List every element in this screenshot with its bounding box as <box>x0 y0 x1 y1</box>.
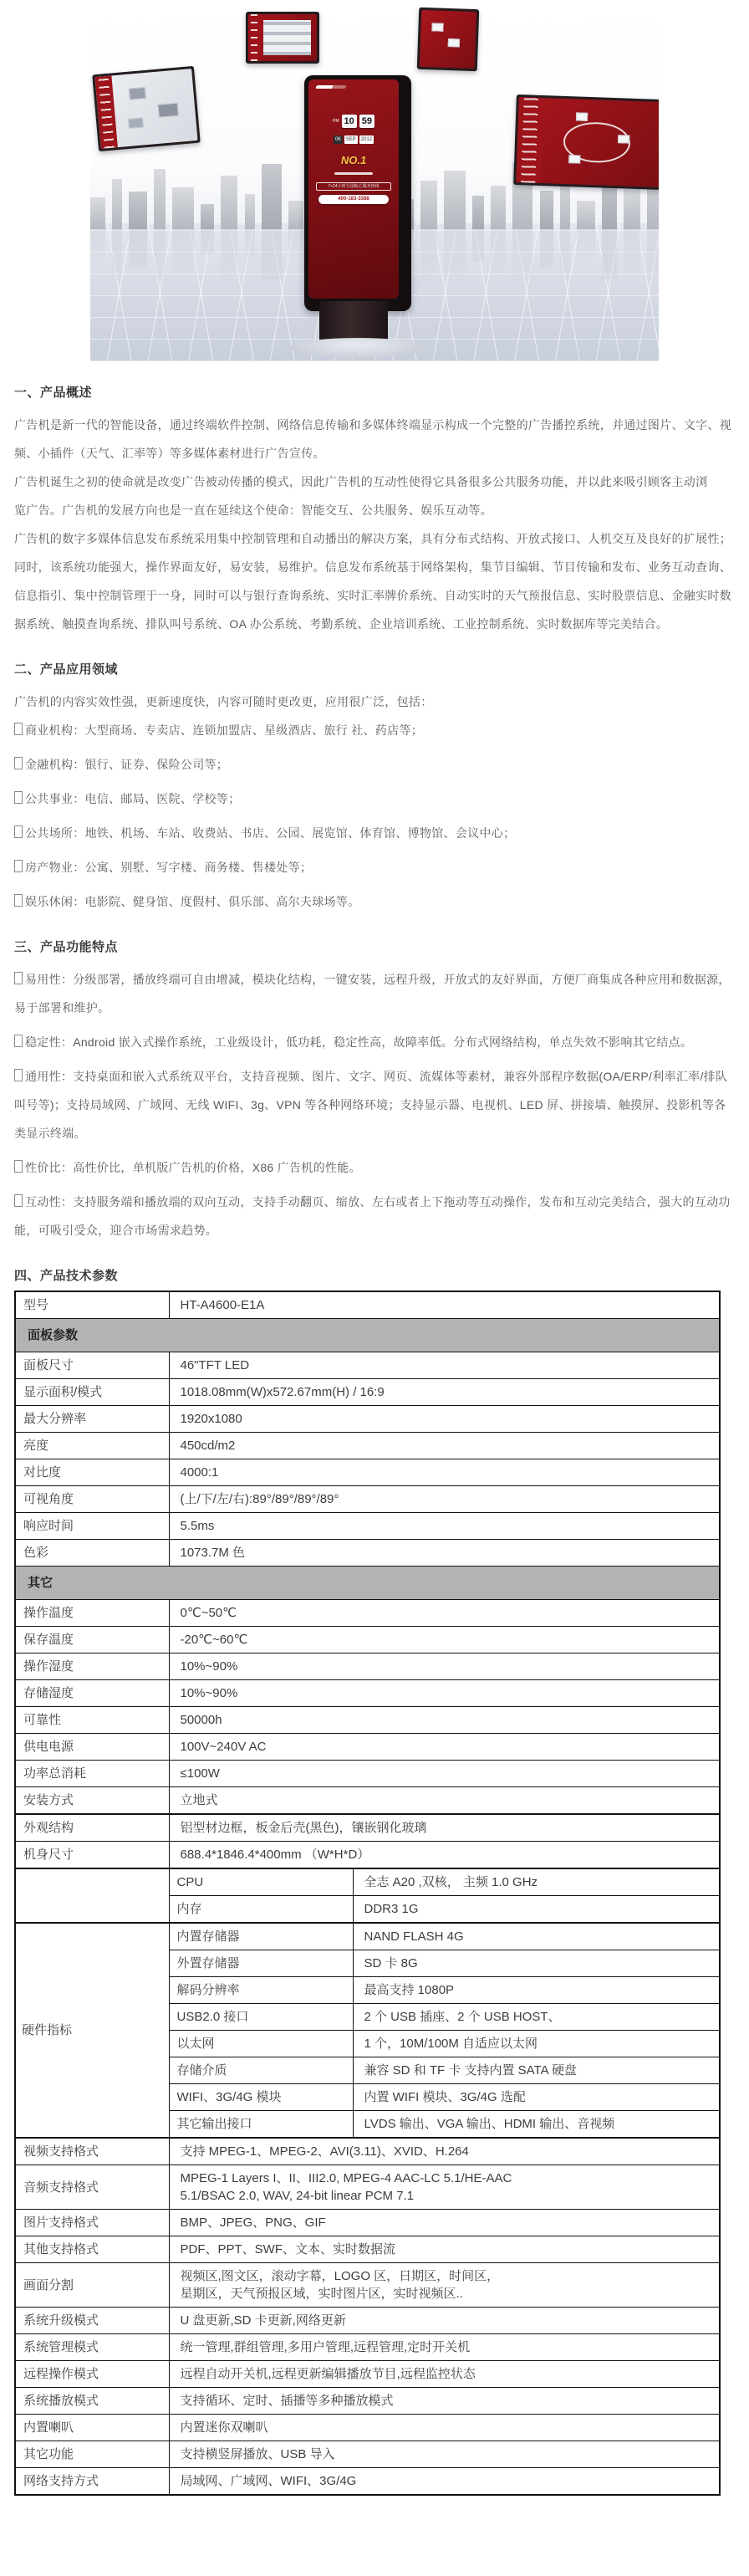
spec-value: 10%~90% <box>169 1680 720 1707</box>
spec-label: 可靠性 <box>15 1707 169 1734</box>
feature-item: 性价比：高性价比，单机版广告机的价格，X86 广告机的性能。 <box>14 1153 735 1182</box>
hero-building <box>221 229 237 279</box>
spec-value: -20℃~60℃ <box>169 1627 720 1653</box>
hero-building <box>624 229 640 269</box>
hero-building <box>221 176 237 229</box>
hero-building <box>577 201 595 229</box>
hero-building <box>288 201 303 229</box>
hero-screen-top-right-content <box>420 10 476 69</box>
missing-glyph-box <box>14 1160 23 1173</box>
hero-building <box>444 229 466 279</box>
applications-intro: 广告机的内容实效性强，更新速度快，内容可随时更改更，应用很广泛，包括： <box>14 687 735 716</box>
spec-label: 图片支持格式 <box>15 2210 169 2236</box>
hero-building <box>624 189 640 229</box>
hero-building <box>577 229 595 258</box>
hero-screen-panel <box>263 20 311 56</box>
spec-value: 100V~240V AC <box>169 1734 720 1761</box>
spec-value: 铝型材边框，板金后壳(黑色)，镶嵌钢化玻璃 <box>169 1814 720 1842</box>
spec-value: 50000h <box>169 1707 720 1734</box>
hero-building <box>472 196 484 229</box>
spec-value: 立地式 <box>169 1787 720 1815</box>
feature-item: 通用性：支持桌面和嵌入式系统双平台，支持音视频、图片、文字、网页、流媒体等素材，… <box>14 1062 735 1147</box>
spec-label: 对比度 <box>15 1459 169 1486</box>
date-year: 2012 <box>359 135 374 144</box>
spec-label: 供电电源 <box>15 1734 169 1761</box>
hero-building <box>201 229 214 254</box>
spec-value: 支持横竖屏播放、USB 导入 <box>169 2441 720 2468</box>
spec-value: 1920x1080 <box>169 1406 720 1433</box>
spec-section-header: 面板参数 <box>15 1319 720 1352</box>
spec-value: ≤100W <box>169 1761 720 1787</box>
hero-building <box>560 229 570 279</box>
clock-ampm-label: PM <box>333 119 339 124</box>
missing-glyph-box <box>14 894 23 907</box>
hero-building <box>112 179 122 229</box>
spec-label: 显示面积/模式 <box>15 1379 169 1406</box>
spec-label: 音频支持格式 <box>15 2165 169 2210</box>
missing-glyph-box <box>14 757 23 769</box>
hero-building <box>154 229 166 279</box>
spec-label: 视频支持格式 <box>15 2138 169 2165</box>
hero-building <box>444 171 466 229</box>
spec-sublabel: 以太网 <box>169 2031 353 2057</box>
spec-value: U 盘更新,SD 卡更新,网络更新 <box>169 2308 720 2334</box>
hero-kiosk-url-line <box>334 172 373 175</box>
missing-glyph-box <box>14 1194 23 1207</box>
hero-screen-chip <box>448 38 460 47</box>
hero-monitor-glyph <box>157 102 178 117</box>
spec-value: 支持 MPEG-1、MPEG-2、AVI(3.11)、XVID、H.264 <box>169 2138 720 2165</box>
date-month: SEP <box>344 135 358 144</box>
spec-sublabel: CPU <box>169 1868 353 1896</box>
hero-building <box>90 197 105 229</box>
feature-item: 互动性：支持服务端和播放端的双向互动，支持手动翻页、缩放、左右或者上下拖动等互动… <box>14 1188 735 1245</box>
hero-building <box>491 229 506 273</box>
overview-paragraph: 览广告。广告机的发展方向也是一直在延续这个使命：智能交互、公共服务、娱乐互动等。 <box>14 496 735 524</box>
spec-value: 0℃~50℃ <box>169 1600 720 1627</box>
spec-value: 内置迷你双喇叭 <box>169 2415 720 2441</box>
feature-item-text: 互动性：支持服务端和播放端的双向互动，支持手动翻页、缩放、左右或者上下拖动等互动… <box>14 1195 731 1237</box>
hero-building <box>472 229 484 263</box>
application-item-text: 公共事业：电信、邮局、医院、学校等； <box>25 792 240 805</box>
spec-subvalue: NAND FLASH 4G <box>353 1923 720 1950</box>
missing-glyph-box <box>14 723 23 735</box>
spec-label: 保存温度 <box>15 1627 169 1653</box>
hero-screen-top-right <box>417 8 480 71</box>
spec-label: 外观结构 <box>15 1814 169 1842</box>
spec-group-label: 硬件指标 <box>15 1923 169 2138</box>
specs-table: 型号HT-A4600-E1A面板参数面板尺寸46"TFT LED显示面积/模式1… <box>14 1291 721 2496</box>
spec-label: 色彩 <box>15 1540 169 1567</box>
section-title-features: 三、产品功能特点 <box>14 938 735 955</box>
spec-value: 46"TFT LED <box>169 1352 720 1379</box>
spec-sublabel: 外置存储器 <box>169 1950 353 1977</box>
spec-subvalue: SD 卡 8G <box>353 1950 720 1977</box>
application-item: 商业机构：大型商场、专卖店、连锁加盟店、星级酒店、旅行 社、药店等； <box>14 716 735 744</box>
spec-value-line: 星期区，天气预报区域，实时图片区，实时视频区.. <box>181 2285 713 2303</box>
hero-kiosk-hotline-number: 400-183-3388 <box>318 195 389 204</box>
spec-label: 系统管理模式 <box>15 2334 169 2361</box>
hero-building <box>491 186 506 229</box>
section-title-overview: 一、产品概述 <box>14 383 735 401</box>
product-detail-page: PM 10 59 06 SEP 2012 NO.1 7×24小时全国贴心服务热线… <box>0 0 749 2576</box>
spec-label: 系统升级模式 <box>15 2308 169 2334</box>
spec-sublabel: 内存 <box>169 1896 353 1924</box>
hero-monitor-glyph <box>129 87 146 100</box>
spec-sublabel: 解码分辨率 <box>169 1977 353 2004</box>
spec-value: HT-A4600-E1A <box>169 1291 720 1319</box>
hero-screen-top-left <box>246 12 319 64</box>
feature-item: 易用性：分级部署，播放终端可自由增减，模块化结构，一键安装，远程升级，开放式的友… <box>14 965 735 1022</box>
hero-building <box>245 194 255 229</box>
clock-hour: 10 <box>342 115 357 128</box>
article-body: 一、产品概述 广告机是新一代的智能设备，通过终端软件控制、网络信息传输和多媒体终… <box>14 383 735 2496</box>
spec-label: 亮度 <box>15 1433 169 1459</box>
application-item-text: 商业机构：大型商场、专卖店、连锁加盟店、星级酒店、旅行 社、药店等； <box>25 723 423 737</box>
missing-glyph-box <box>14 1035 23 1047</box>
spec-label: 内置喇叭 <box>15 2415 169 2441</box>
hero-building <box>172 187 194 229</box>
spec-label: 远程操作模式 <box>15 2361 169 2388</box>
spec-sublabel: 存储介质 <box>169 2057 353 2084</box>
hero-kiosk-screen: PM 10 59 06 SEP 2012 NO.1 7×24小时全国贴心服务热线… <box>308 79 399 299</box>
application-item-text: 娱乐休闲：电影院、健身馆、度假村、俱乐部、高尔夫球场等。 <box>25 895 359 908</box>
spec-subvalue: 兼容 SD 和 TF 卡 支持内置 SATA 硬盘 <box>353 2057 720 2084</box>
missing-glyph-box <box>14 791 23 804</box>
spec-subvalue: 最高支持 1080P <box>353 1977 720 2004</box>
hero-screen-right-content <box>516 97 659 187</box>
spec-value: 10%~90% <box>169 1653 720 1680</box>
spec-sublabel: 其它输出接口 <box>169 2111 353 2139</box>
spec-value: BMP、JPEG、PNG、GIF <box>169 2210 720 2236</box>
spec-value-line: MPEG-1 Layers I、II、III2.0, MPEG-4 AAC-LC… <box>181 2170 713 2187</box>
spec-sublabel: WIFI、3G/4G 模块 <box>169 2084 353 2111</box>
hero-building <box>288 229 303 258</box>
hero-building <box>262 229 282 279</box>
spec-value: 远程自动开关机,远程更新编辑播放节目,远程监控状态 <box>169 2361 720 2388</box>
missing-glyph-box <box>14 860 23 872</box>
hero-screen-chip <box>568 155 580 163</box>
spec-value: (上/下/左/右):89°/89°/89°/89° <box>169 1486 720 1513</box>
hero-screen-left <box>92 66 201 151</box>
hero-building <box>420 181 437 229</box>
spec-value: MPEG-1 Layers I、II、III2.0, MPEG-4 AAC-LC… <box>169 2165 720 2210</box>
overview-paragraphs: 广告机是新一代的智能设备，通过终端软件控制、网络信息传输和多媒体终端显示构成一个… <box>14 411 735 638</box>
spec-value: 支持循环、定时、插播等多种播放模式 <box>169 2388 720 2415</box>
hero-building <box>129 192 147 229</box>
spec-label: 型号 <box>15 1291 169 1319</box>
clock-minute: 59 <box>359 115 374 128</box>
hero-screen-strip <box>248 14 260 61</box>
feature-item-text: 性价比：高性价比，单机版广告机的价格，X86 广告机的性能。 <box>25 1161 361 1174</box>
hero-screen-strip <box>94 76 117 149</box>
hero-building <box>201 204 214 229</box>
hero-building <box>245 229 255 264</box>
spec-value: 1018.08mm(W)x572.67mm(H) / 16:9 <box>169 1379 720 1406</box>
missing-glyph-box <box>14 972 23 984</box>
application-item: 房产物业：公寓、别墅、写字楼、商务楼、售楼处等； <box>14 853 735 882</box>
spec-label: 系统播放模式 <box>15 2388 169 2415</box>
spec-subvalue: 内置 WIFI 模块、3G/4G 选配 <box>353 2084 720 2111</box>
hero-building <box>512 229 532 279</box>
hero-building <box>262 164 282 229</box>
application-item: 公共事业：电信、邮局、医院、学校等； <box>14 785 735 813</box>
feature-item-text: 易用性：分级部署，播放终端可自由增减，模块化结构，一键安装，远程升级，开放式的友… <box>14 973 731 1015</box>
spec-label: 机身尺寸 <box>15 1842 169 1869</box>
spec-value: 4000:1 <box>169 1459 720 1486</box>
section-title-applications: 二、产品应用领域 <box>14 660 735 677</box>
feature-item-text: 通用性：支持桌面和嵌入式系统双平台，支持音视频、图片、文字、网页、流媒体等素材，… <box>14 1070 727 1140</box>
spec-label: 面板尺寸 <box>15 1352 169 1379</box>
feature-list: 易用性：分级部署，播放终端可自由增减，模块化结构，一键安装，远程升级，开放式的友… <box>14 965 735 1245</box>
hero-screen-top-left-content <box>248 14 317 61</box>
spec-value: 5.5ms <box>169 1513 720 1540</box>
spec-group-label <box>15 1868 169 1923</box>
hero-building <box>540 191 553 229</box>
spec-label: 操作温度 <box>15 1600 169 1627</box>
spec-section-header: 其它 <box>15 1567 720 1600</box>
spec-value: 450cd/m2 <box>169 1433 720 1459</box>
application-item-text: 房产物业：公寓、别墅、写字楼、商务楼、售楼处等； <box>25 861 312 874</box>
application-item: 金融机构：银行、证券、保险公司等； <box>14 750 735 779</box>
missing-glyph-box <box>14 825 23 838</box>
hero-building <box>172 229 194 271</box>
feature-item-text: 稳定性：Android 嵌入式操作系统，工业级设计，低功耗，稳定性高，故障率低。… <box>25 1035 692 1049</box>
hero-kiosk-rank-text: NO.1 <box>308 154 399 166</box>
hero-building <box>154 169 166 229</box>
overview-paragraph: 广告机的数字多媒体信息发布系统采用集中控制管理和自动播出的解决方案，具有分布式结… <box>14 524 735 638</box>
hero-kiosk-base <box>291 338 425 358</box>
hero-monitor-glyph <box>128 118 144 130</box>
hero-kiosk-logo <box>315 85 347 89</box>
spec-value: 1073.7M 色 <box>169 1540 720 1567</box>
hero-building <box>647 229 659 279</box>
application-list: 商业机构：大型商场、专卖店、连锁加盟店、星级酒店、旅行 社、药店等；金融机构：银… <box>14 716 735 916</box>
feature-item: 稳定性：Android 嵌入式操作系统，工业级设计，低功耗，稳定性高，故障率低。… <box>14 1028 735 1056</box>
spec-subvalue: DDR3 1G <box>353 1896 720 1924</box>
hero-building <box>112 229 122 279</box>
spec-subvalue: LVDS 输出、VGA 输出、HDMI 输出、音视频 <box>353 2111 720 2139</box>
spec-label: 画面分割 <box>15 2263 169 2308</box>
spec-value: 统一管理,群组管理,多用户管理,远程管理,定时开关机 <box>169 2334 720 2361</box>
hero-building <box>420 229 437 278</box>
overview-paragraph: 广告机是新一代的智能设备，通过终端软件控制、网络信息传输和多媒体终端显示构成一个… <box>14 411 735 468</box>
spec-subvalue: 1 个，10M/100M 自适应以太网 <box>353 2031 720 2057</box>
application-item-text: 公共场所：地铁、机场、车站、收费站、书店、公园、展览馆、体育馆、博物馆、会议中心… <box>25 826 515 840</box>
spec-label: 操作湿度 <box>15 1653 169 1680</box>
missing-glyph-box <box>14 1069 23 1081</box>
spec-subvalue: 全志 A20 ,双核， 主频 1.0 GHz <box>353 1868 720 1896</box>
spec-value-line: 视频区,图文区，滚动字幕，LOGO 区，日期区，时间区， <box>181 2267 713 2285</box>
date-day: 06 <box>334 135 343 144</box>
hero-building <box>129 229 147 267</box>
hero-screen-chip <box>618 135 629 143</box>
hero-building <box>602 229 617 279</box>
spec-value: 视频区,图文区，滚动字幕，LOGO 区，日期区，时间区，星期区，天气预报区域，实… <box>169 2263 720 2308</box>
hero-kiosk-hotline-label: 7×24小时全国贴心服务热线 <box>316 182 391 191</box>
spec-sublabel: 内置存储器 <box>169 1923 353 1950</box>
spec-value: 局域网、广域网、WIFI、3G/4G <box>169 2468 720 2496</box>
spec-label: 网络支持方式 <box>15 2468 169 2496</box>
spec-label: 安装方式 <box>15 1787 169 1815</box>
application-item-text: 金融机构：银行、证券、保险公司等； <box>25 758 228 771</box>
spec-label: 其它功能 <box>15 2441 169 2468</box>
spec-label: 其他支持格式 <box>15 2236 169 2263</box>
hero-building <box>540 229 553 268</box>
hero-building <box>90 229 105 261</box>
spec-value-line: 5.1/BSAC 2.0, WAV, 24-bit linear PCM 7.1 <box>181 2187 713 2205</box>
spec-label: 最大分辨率 <box>15 1406 169 1433</box>
spec-value: PDF、PPT、SWF、文本、实时数据流 <box>169 2236 720 2263</box>
hero-screen-right <box>513 95 659 190</box>
hero-kiosk-date: 06 SEP 2012 <box>308 135 399 144</box>
spec-label: 功率总消耗 <box>15 1761 169 1787</box>
spec-value: 688.4*1846.4*400mm （W*H*D） <box>169 1842 720 1869</box>
hero-kiosk-clock: PM 10 59 <box>308 115 399 128</box>
spec-label: 存储湿度 <box>15 1680 169 1707</box>
hero-screen-chip <box>432 23 444 31</box>
hero-screen-strip <box>516 97 543 183</box>
application-item: 娱乐休闲：电影院、健身馆、度假村、俱乐部、高尔夫球场等。 <box>14 887 735 916</box>
hero-screen-chip <box>576 113 588 121</box>
spec-label: 响应时间 <box>15 1513 169 1540</box>
spec-label: 可视角度 <box>15 1486 169 1513</box>
spec-subvalue: 2 个 USB 插座、2 个 USB HOST、 <box>353 2004 720 2031</box>
hero-screen-left-content <box>94 69 197 149</box>
hero-kiosk: PM 10 59 06 SEP 2012 NO.1 7×24小时全国贴心服务热线… <box>304 75 411 311</box>
spec-sublabel: USB2.0 接口 <box>169 2004 353 2031</box>
product-hero-image: PM 10 59 06 SEP 2012 NO.1 7×24小时全国贴心服务热线… <box>90 7 659 361</box>
overview-paragraph: 广告机诞生之初的使命就是改变广告被动传播的模式，因此广告机的互动性使得它具备很多… <box>14 468 735 496</box>
section-title-specs: 四、产品技术参数 <box>14 1266 735 1284</box>
application-item: 公共场所：地铁、机场、车站、收费站、书店、公园、展览馆、体育馆、博物馆、会议中心… <box>14 819 735 847</box>
